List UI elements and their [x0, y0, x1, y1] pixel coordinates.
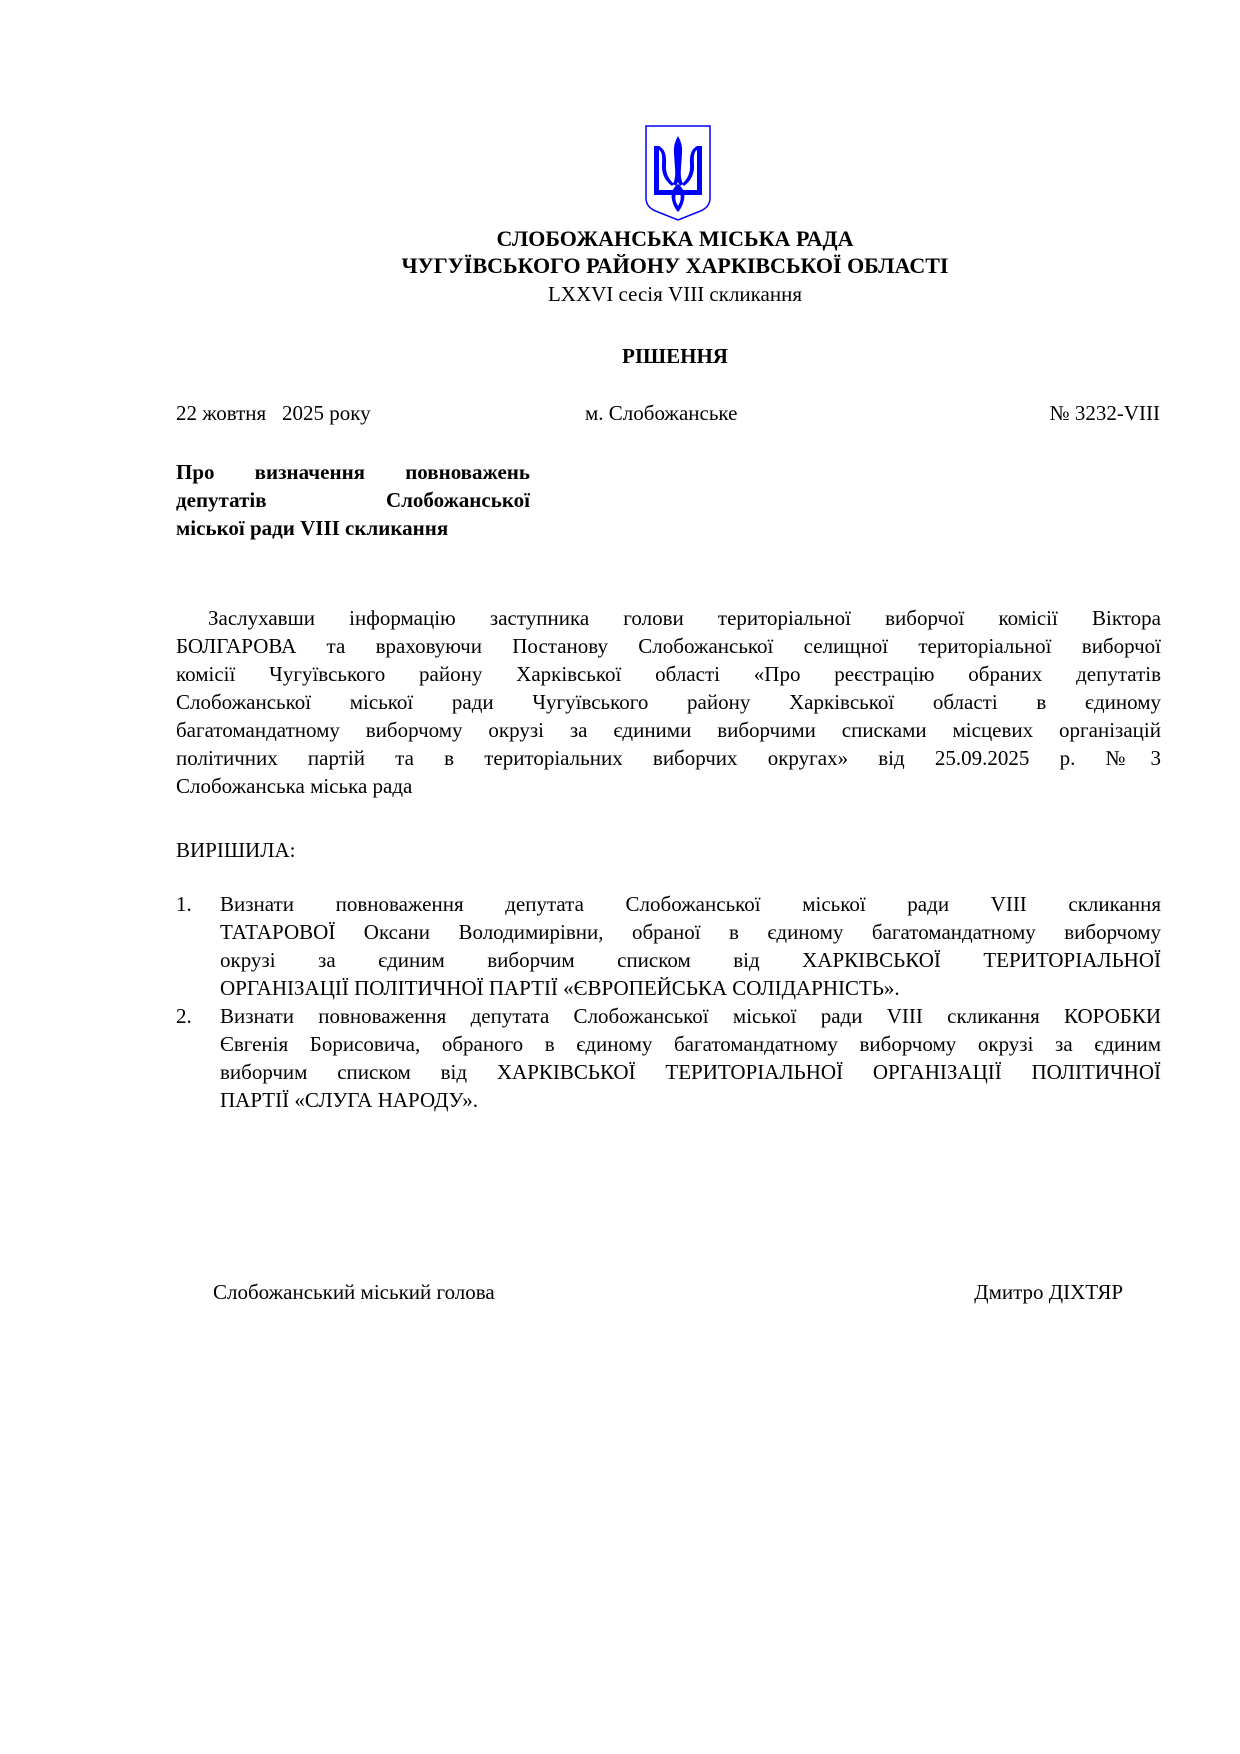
decision-list: 1. Визнати повноваження депутата Слобожа… [176, 890, 1161, 1114]
preamble-line: багатомандатному виборчому окрузі за єди… [176, 716, 1161, 744]
preamble-line: Слобожанська міська рада [176, 772, 1161, 800]
preamble-line: БОЛГАРОВА та враховуючи Постанову Слобож… [176, 632, 1161, 660]
decided-label: ВИРІШИЛА: [176, 836, 295, 864]
decision-item: 1. Визнати повноваження депутата Слобожа… [176, 890, 1161, 1002]
document-number: № 3232-VIII [1050, 400, 1160, 426]
subject-line: Про визначення повноважень [176, 458, 530, 486]
document-place: м. Слобожанське [585, 400, 737, 426]
preamble-line: Заслухавши інформацію заступника голови … [176, 604, 1161, 632]
preamble-paragraph: Заслухавши інформацію заступника голови … [176, 604, 1161, 800]
preamble-line: Слобожанської міської ради Чугуївського … [176, 688, 1161, 716]
item-line: ОРГАНІЗАЦІЇ ПОЛІТИЧНОЇ ПАРТІЇ «ЄВРОПЕЙСЬ… [220, 974, 1161, 1002]
preamble-line: комісії Чугуївського району Харківської … [176, 660, 1161, 688]
document-type-title: РІШЕННЯ [0, 344, 1240, 369]
subject-line: депутатів Слобожанської [176, 486, 530, 514]
decision-item: 2. Визнати повноваження депутата Слобожа… [176, 1002, 1161, 1114]
council-name: СЛОБОЖАНСЬКА МІСЬКА РАДА [0, 226, 1240, 252]
item-line: окрузі за єдиним виборчим списком від ХА… [220, 946, 1161, 974]
item-line: Євгенія Борисовича, обраного в єдиному б… [220, 1030, 1161, 1058]
item-number: 1. [176, 890, 192, 918]
signature-position: Слобожанський міський голова [213, 1280, 495, 1305]
document-date: 22 жовтня 2025 року [176, 400, 371, 426]
subject-line: міської ради VIII скликання [176, 514, 530, 542]
item-line: Визнати повноваження депутата Слобожансь… [220, 890, 1161, 918]
item-line: Визнати повноваження депутата Слобожансь… [220, 1002, 1161, 1030]
item-line: ТАТАРОВОЇ Оксани Володимирівни, обраної … [220, 918, 1161, 946]
ukraine-trident-emblem-icon [644, 124, 712, 222]
item-number: 2. [176, 1002, 192, 1030]
signature-name: Дмитро ДІХТЯР [974, 1280, 1123, 1305]
item-line: виборчим списком від ХАРКІВСЬКОЇ ТЕРИТОР… [220, 1058, 1161, 1086]
item-line: ПАРТІЇ «СЛУГА НАРОДУ». [220, 1086, 1161, 1114]
preamble-line: політичних партій та в територіальних ви… [176, 744, 1161, 772]
council-region: ЧУГУЇВСЬКОГО РАЙОНУ ХАРКІВСЬКОЇ ОБЛАСТІ [0, 253, 1240, 279]
session-info: LXXVI сесія VIII скликання [0, 281, 1240, 307]
document-subject: Про визначення повноважень депутатів Сло… [176, 458, 530, 542]
